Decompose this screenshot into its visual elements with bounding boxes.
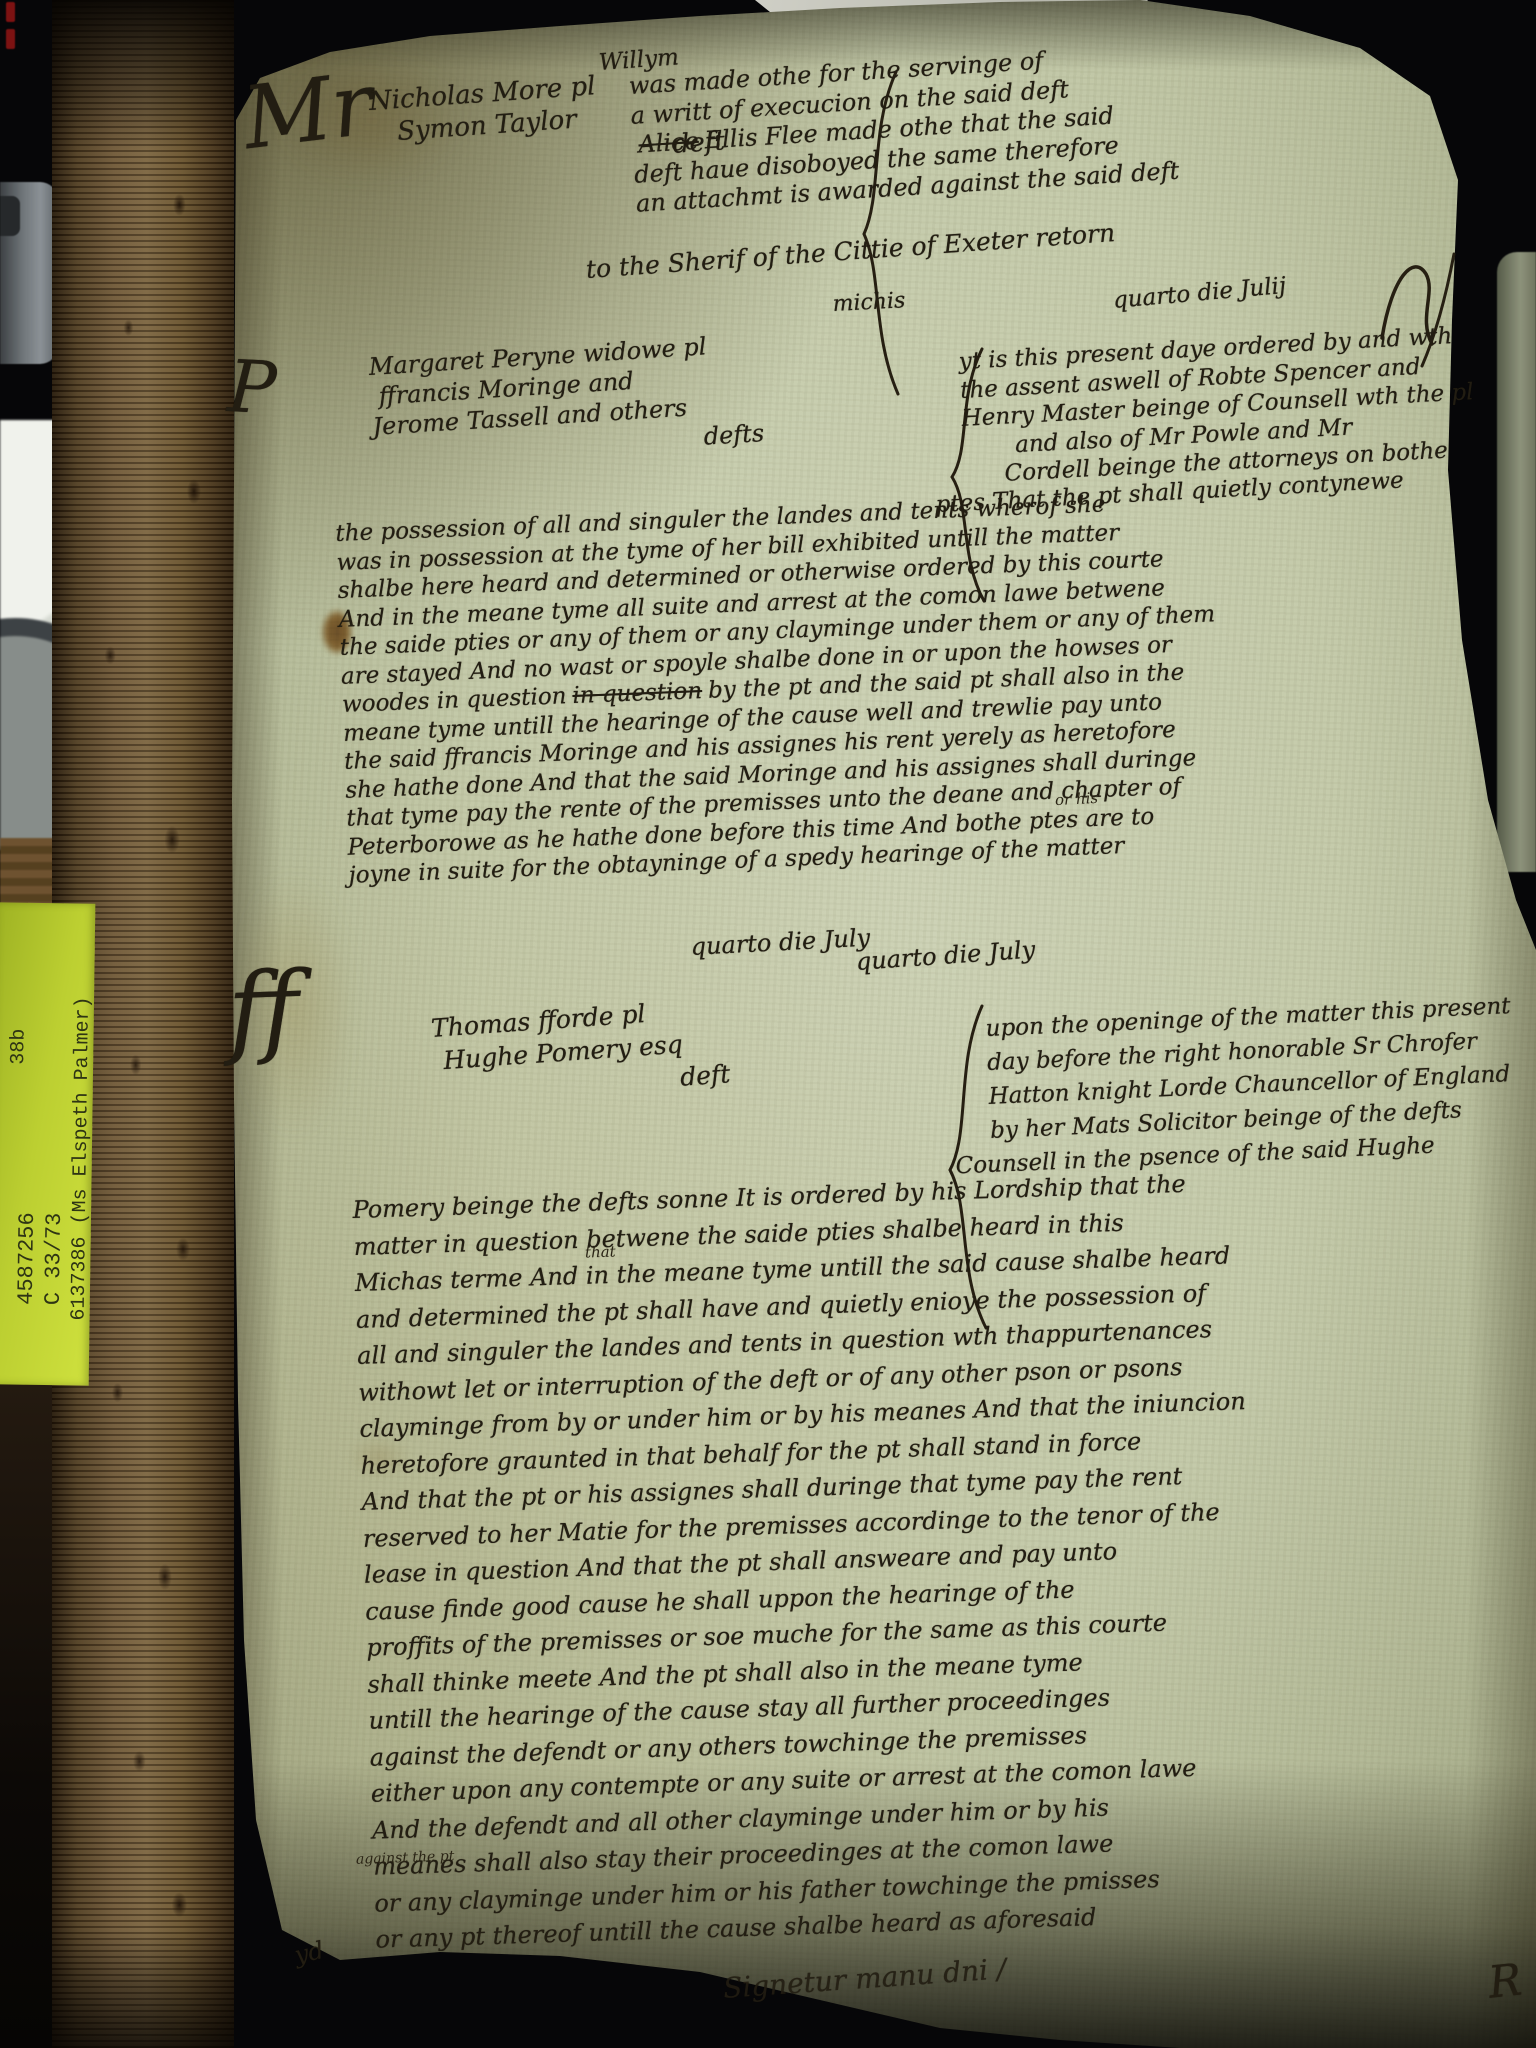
struck-word: Alice xyxy=(638,127,700,159)
entry2-interlined-insertion: or his xyxy=(1055,789,1099,809)
entry3-deft-abbrev: deft xyxy=(679,1057,731,1093)
entry1-term: michis xyxy=(832,288,906,317)
label-image-number: 6137386 (Ms Elspeth Palmer) xyxy=(68,996,96,1320)
entry2-margin-mark: P xyxy=(226,344,279,430)
entry3-parties: Thomas fforde pl Hughe Pomery esq deft xyxy=(430,991,731,1110)
label-folio-number: 38b xyxy=(7,1028,31,1064)
camera-stand-clamp xyxy=(0,182,58,364)
entry2-parties: Margaret Peryne widowe pl ffrancis Morin… xyxy=(368,328,765,472)
struck-phrase: in question xyxy=(572,678,703,709)
entry3-body: Pomery beinge the defts sonne It is orde… xyxy=(352,1164,1262,1958)
adjacent-page-edge xyxy=(1497,252,1536,872)
label-catalog-number: 4587256 xyxy=(14,1212,40,1305)
label-reference-number: C 33/73 xyxy=(41,1213,67,1306)
entry2-body: the possession of all and singuler the l… xyxy=(335,486,1224,890)
wooden-table-edge xyxy=(0,838,60,908)
entry3-interlined-that: that xyxy=(585,1242,616,1261)
entry3-order-head: upon the openinge of the matter this pre… xyxy=(985,989,1517,1182)
entry3-margin-mark: ff xyxy=(226,950,301,1069)
entry3-marginal-mark: yd xyxy=(292,1936,326,1969)
entry2-defts-abbrev: defts xyxy=(703,418,765,452)
entry1-margin-monogram: Mr xyxy=(238,54,378,169)
entry2-order-head: yt is this present daye ordered by and w… xyxy=(958,321,1477,490)
entry3-paraph: R xyxy=(1486,1955,1524,2009)
red-indicator-marks xyxy=(4,2,34,60)
manuscript-photograph: ck the appro Mr Nicholas More pl Symon T… xyxy=(0,0,1536,2048)
archive-label: 38b 4587256 C 33/73 6137386 (Ms Elspeth … xyxy=(0,902,95,1385)
